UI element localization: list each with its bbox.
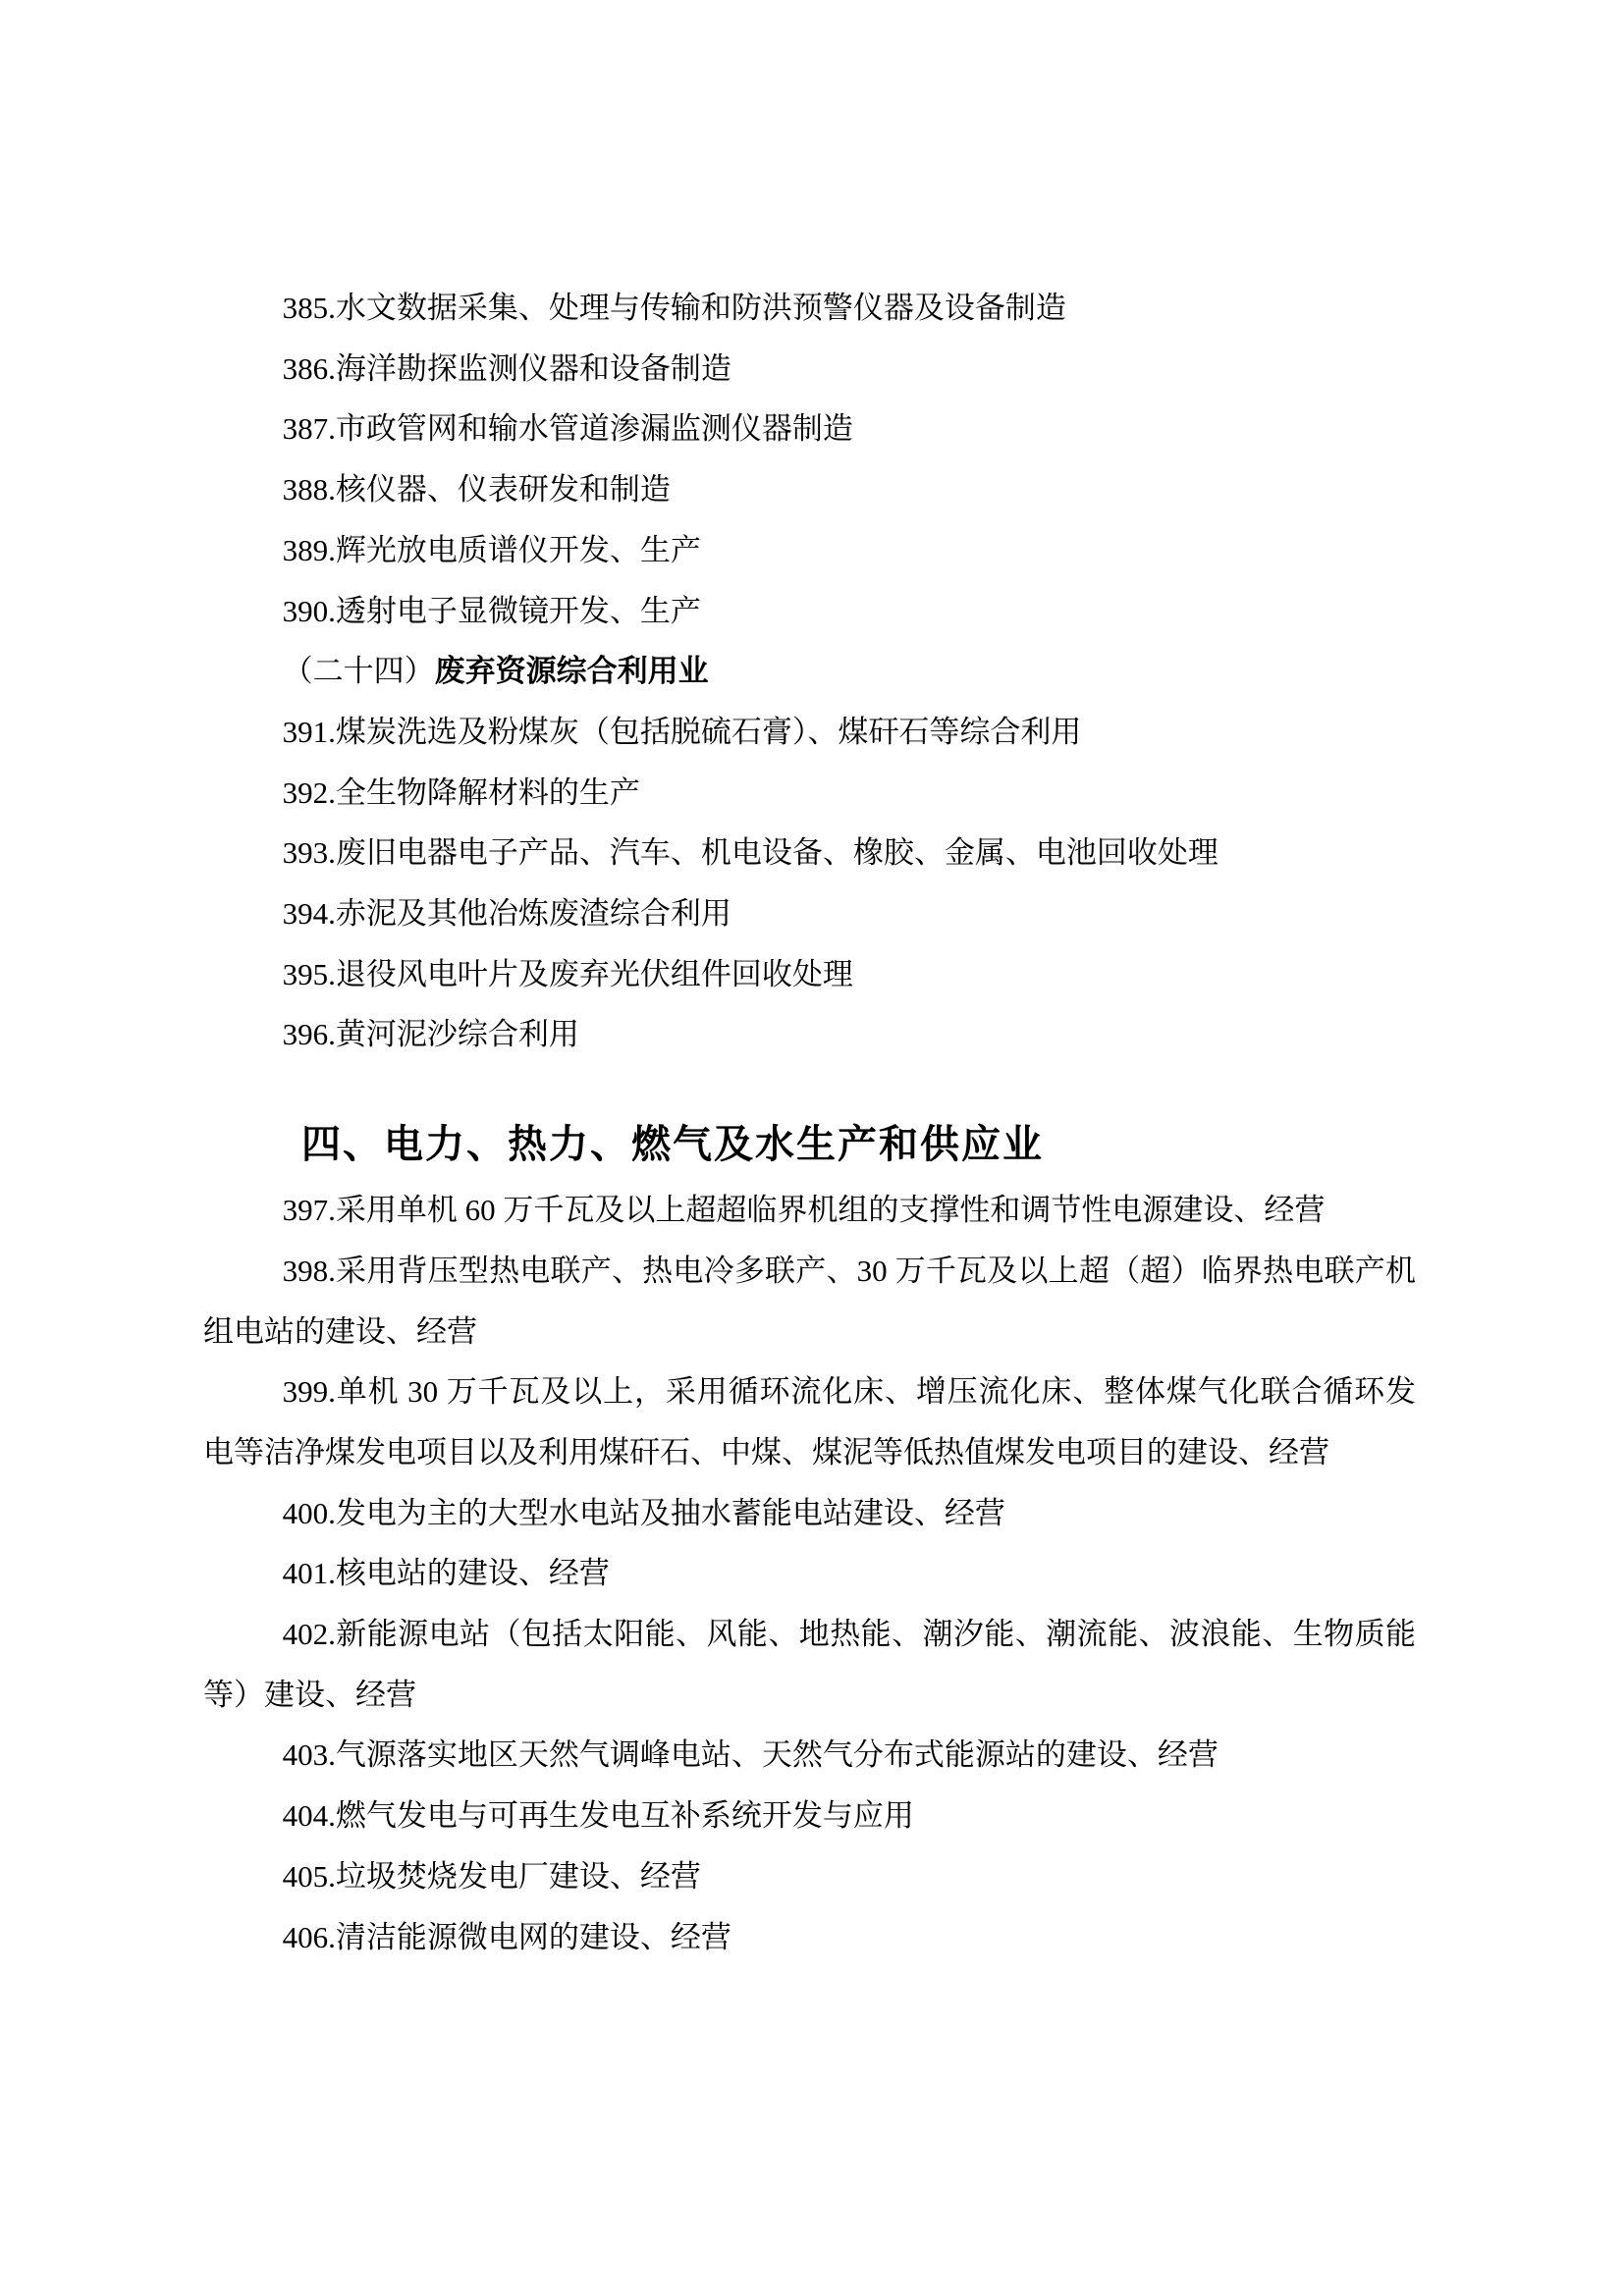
list-item-398: 398.采用背压型热电联产、热电冷多联产、30 万千瓦及以上超（超）临界热电联产…	[203, 1241, 1416, 1362]
list-item-403: 403.气源落实地区天然气调峰电站、天然气分布式能源站的建设、经营	[203, 1725, 1416, 1786]
list-item-393: 393.废旧电器电子产品、汽车、机电设备、橡胶、金属、电池回收处理	[203, 823, 1416, 883]
list-item-405: 405.垃圾焚烧发电厂建设、经营	[203, 1846, 1416, 1907]
list-item-394: 394.赤泥及其他冶炼废渣综合利用	[203, 883, 1416, 944]
list-item-392: 392.全生物降解材料的生产	[203, 763, 1416, 824]
list-item-402: 402.新能源电站（包括太阳能、风能、地热能、潮汐能、潮流能、波浪能、生物质能等…	[203, 1604, 1416, 1725]
list-item-387: 387.市政管网和输水管道渗漏监测仪器制造	[203, 399, 1416, 459]
subsection-header: （二十四）废弃资源综合利用业	[203, 641, 1416, 702]
list-item-391: 391.煤炭洗选及粉煤灰（包括脱硫石膏）、煤矸石等综合利用	[203, 702, 1416, 763]
list-item-388: 388.核仪器、仪表研发和制造	[203, 459, 1416, 520]
section-header: 四、电力、热力、燃气及水生产和供应业	[203, 1109, 1416, 1180]
list-item-395: 395.退役风电叶片及废弃光伏组件回收处理	[203, 944, 1416, 1005]
list-item-396: 396.黄河泥沙综合利用	[203, 1004, 1416, 1065]
list-item-390: 390.透射电子显微镜开发、生产	[203, 581, 1416, 642]
list-item-389: 389.辉光放电质谱仪开发、生产	[203, 520, 1416, 581]
list-item-385: 385.水文数据采集、处理与传输和防洪预警仪器及设备制造	[203, 278, 1416, 339]
list-item-399: 399.单机 30 万千瓦及以上，采用循环流化床、增压流化床、整体煤气化联合循环…	[203, 1362, 1416, 1482]
subsection-title: 废弃资源综合利用业	[435, 654, 709, 688]
list-item-404: 404.燃气发电与可再生发电互补系统开发与应用	[203, 1786, 1416, 1846]
list-item-401: 401.核电站的建设、经营	[203, 1543, 1416, 1604]
subsection-number: （二十四）	[283, 654, 435, 688]
document-page: 385.水文数据采集、处理与传输和防洪预警仪器及设备制造 386.海洋勘探监测仪…	[0, 0, 1624, 2296]
list-item-406: 406.清洁能源微电网的建设、经营	[203, 1907, 1416, 1968]
list-item-386: 386.海洋勘探监测仪器和设备制造	[203, 339, 1416, 400]
list-item-397: 397.采用单机 60 万千瓦及以上超超临界机组的支撑性和调节性电源建设、经营	[203, 1180, 1416, 1241]
list-item-400: 400.发电为主的大型水电站及抽水蓄能电站建设、经营	[203, 1483, 1416, 1544]
